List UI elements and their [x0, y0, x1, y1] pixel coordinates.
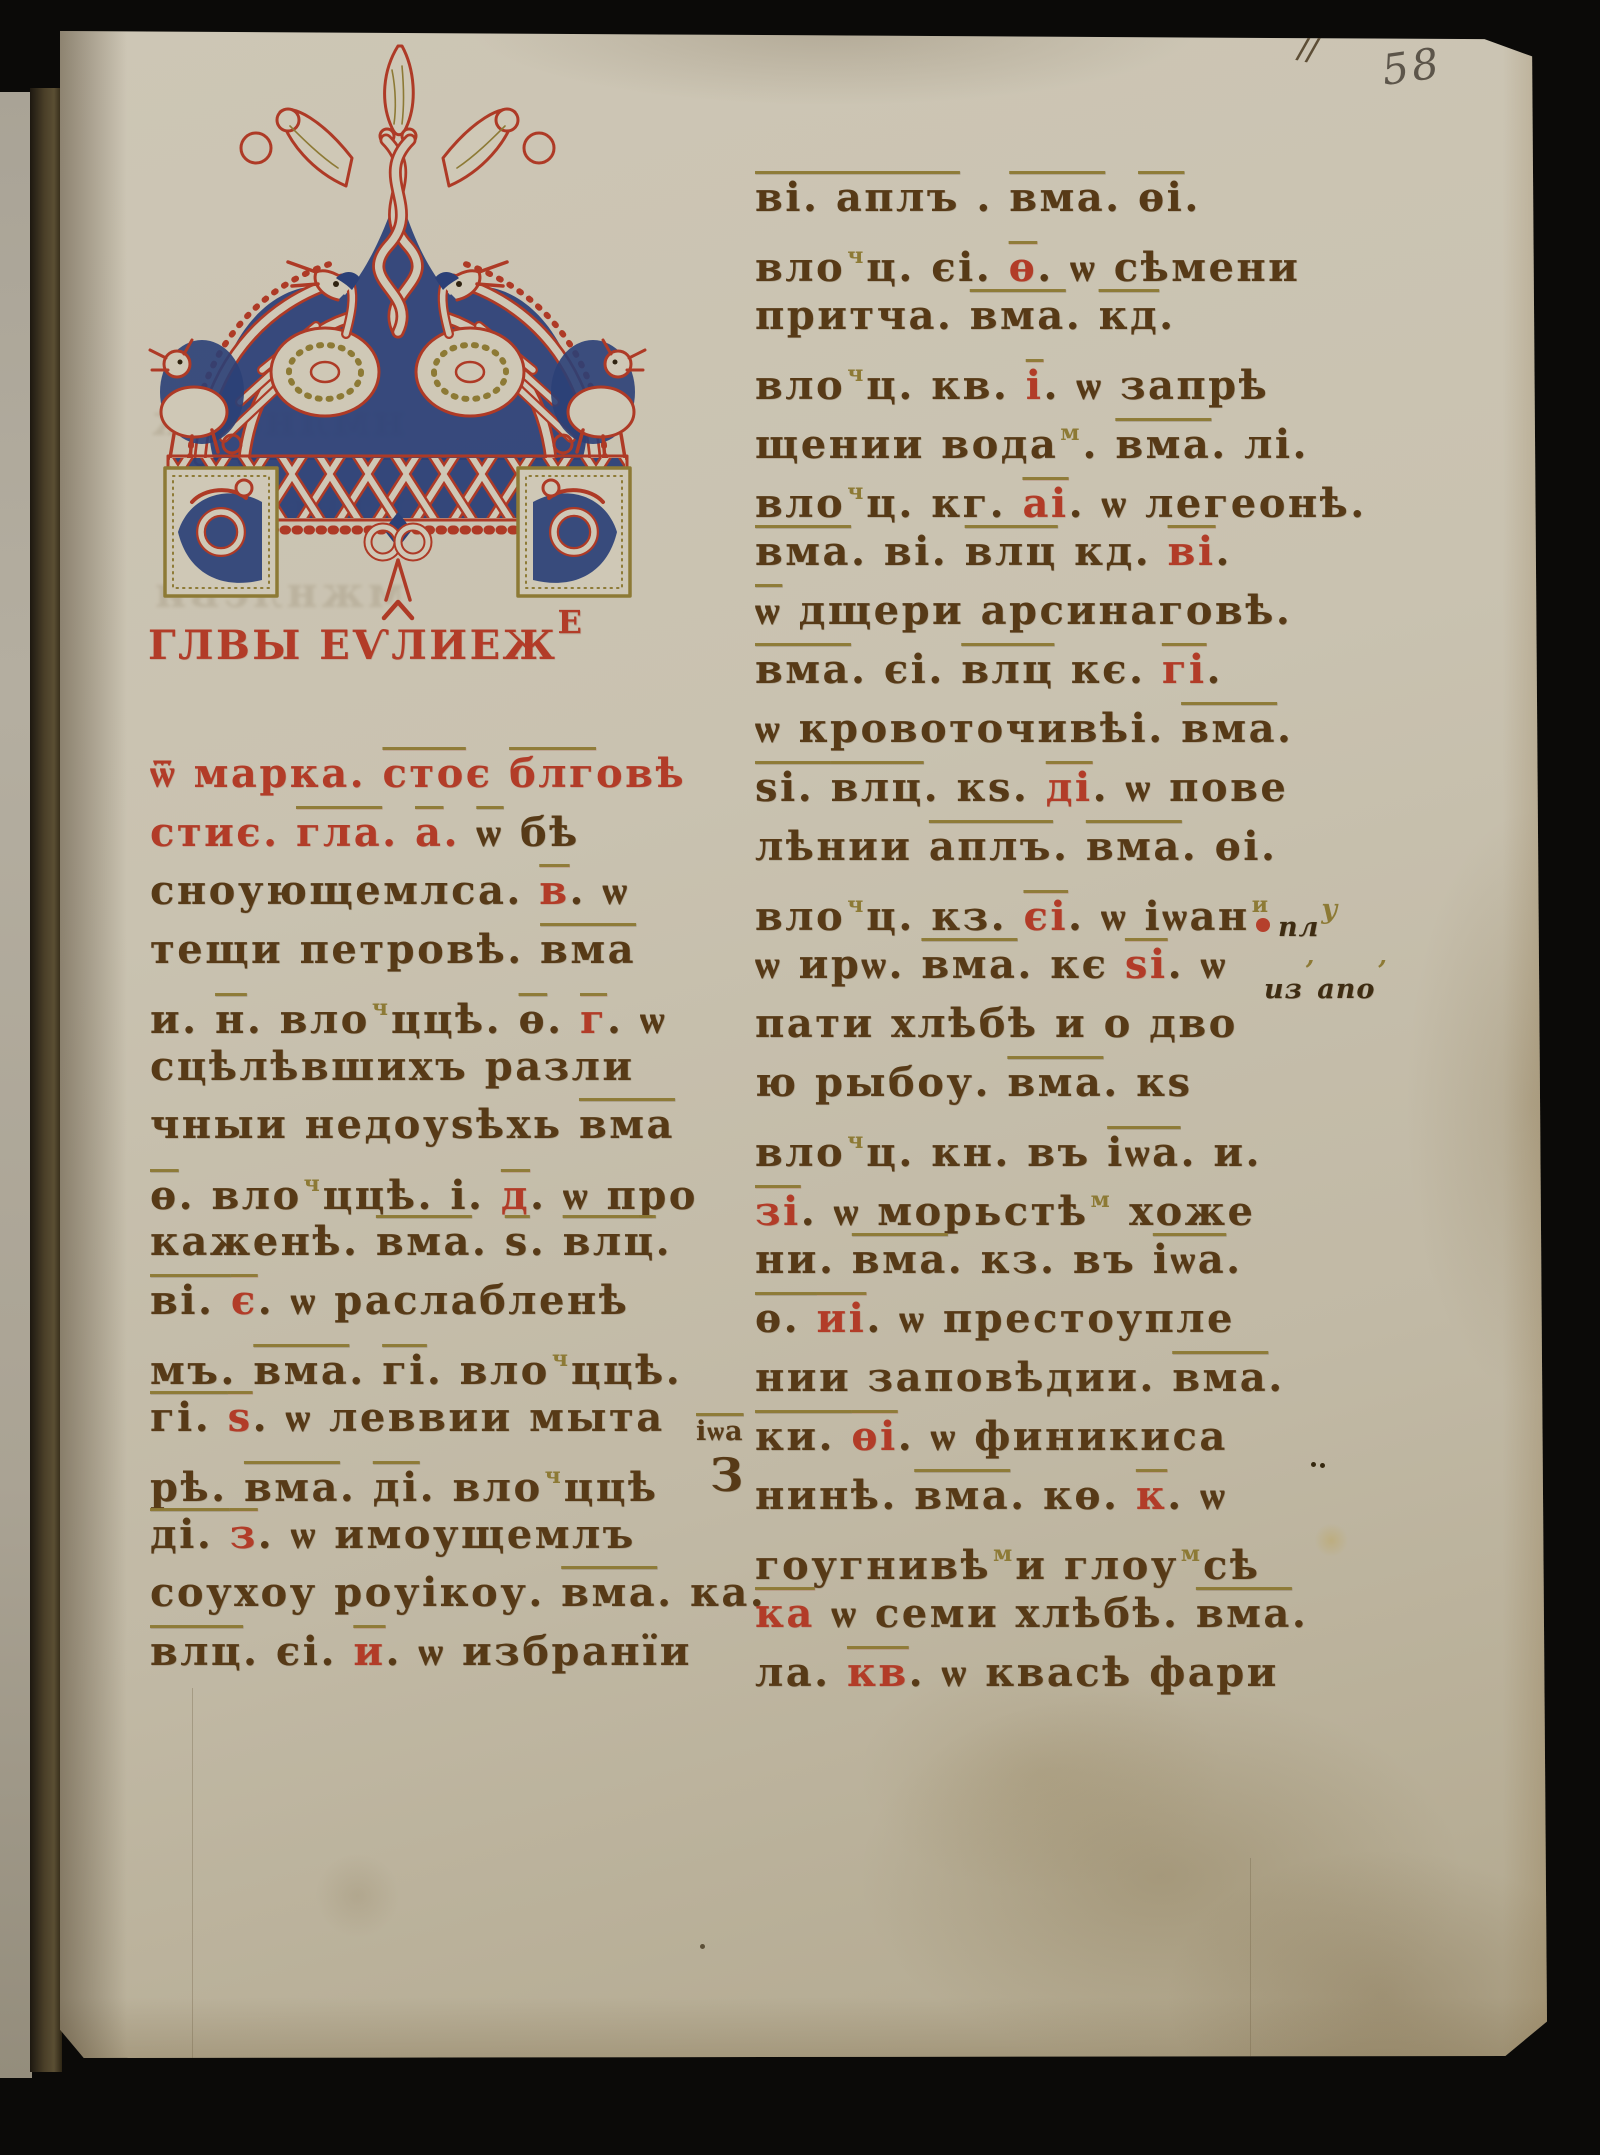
text-segment: хоже — [1113, 1188, 1256, 1235]
text-line: ві. є. ѡ раслабленѣ — [150, 1272, 766, 1331]
text-line: зі. ѡ морьстѣм хоже — [755, 1171, 1367, 1230]
text-segment: ві. — [150, 1277, 231, 1324]
text-segment: . ѡ имоущемлъ — [258, 1511, 636, 1558]
text-segment: . ѡ — [570, 867, 630, 914]
text-segment: вма — [914, 1472, 1010, 1519]
text-segment: ц. кв. — [866, 362, 1025, 409]
text-segment: соухоу роуікоу. — [150, 1569, 561, 1616]
column-right: ві. аплъ . вма. ѳі.влочц. єі. ѳ. ѡ сѣмен… — [755, 168, 1367, 1702]
margin-note-ioa: іѡа — [696, 1416, 743, 1447]
text-segment: вло — [755, 893, 845, 940]
text-segment: . ѡ — [1168, 941, 1228, 988]
margin-red-dot — [1256, 918, 1270, 932]
text-segment: вма — [1009, 174, 1105, 221]
text-segment: іѡа — [1153, 1236, 1226, 1283]
text-line: и. н. влочццѣ. ѳ. г. ѡ — [150, 979, 766, 1038]
text-segment: іѡа — [1107, 1129, 1180, 1176]
text-line: чныи недоуѕѣхь вма — [150, 1096, 766, 1155]
text-segment: ѿ марка. — [150, 750, 382, 797]
text-segment: м — [993, 1541, 1013, 1567]
text-segment: . — [349, 1347, 382, 1394]
text-segment: дщери арсинаговѣ. — [782, 587, 1292, 634]
text-segment: ѡ семи хлѣбѣ. — [815, 1590, 1196, 1637]
text-line: сцѣлѣвшихъ разли — [150, 1038, 766, 1097]
text-segment: ч — [545, 1463, 562, 1489]
text-segment: лѣнии — [755, 823, 929, 870]
text-segment: апо — [1317, 974, 1375, 1005]
text-segment: гла — [296, 809, 382, 856]
text-segment: . лі. — [1211, 421, 1309, 468]
text-segment: ц. кг. — [866, 480, 1022, 527]
text-segment: ч — [552, 1346, 569, 1372]
margin-note-z: З — [710, 1448, 744, 1502]
text-segment: м — [1091, 1187, 1111, 1213]
text-segment: вма — [755, 646, 851, 693]
text-segment: . ѡ легеонѣ. — [1069, 480, 1367, 527]
text-segment: . єі. — [851, 646, 961, 693]
text-line: рѣ. вма. ді. влочццѣ — [150, 1447, 766, 1506]
text-segment: Е — [558, 603, 585, 641]
text-segment: кд. — [1058, 528, 1168, 575]
text-segment: и — [353, 1628, 385, 1675]
text-line: влочц. кз. єі. ѡ іѡани — [755, 876, 1367, 935]
text-segment: ч — [847, 1128, 864, 1154]
text-line: тещи петровѣ. вма — [150, 921, 766, 980]
text-segment: н — [215, 996, 247, 1043]
text-segment: вма — [852, 1236, 948, 1283]
text-line: вма. єі. влц кє. гі. — [755, 640, 1367, 699]
text-segment: вма — [755, 528, 851, 575]
text-segment: ѡ — [755, 587, 782, 634]
text-segment: . ѡ запрѣ — [1043, 362, 1269, 409]
text-segment: пати хлѣбѣ и о дво — [755, 1000, 1238, 1047]
text-segment: кє. — [1054, 646, 1162, 693]
text-line: влочц. кв. і. ѡ запрѣ — [755, 345, 1367, 404]
text-segment: ц. кн. въ — [866, 1129, 1107, 1176]
text-segment: ч — [372, 995, 389, 1021]
text-line: ѳ. влочццѣ. і. д. ѡ про — [150, 1155, 766, 1214]
text-segment: . — [472, 1218, 505, 1265]
text-segment: ѕі — [1125, 941, 1168, 988]
text-line: сноующемлса. в. ѡ — [150, 862, 766, 921]
text-segment: тещи петровѣ. — [150, 926, 540, 973]
text-segment: гі — [382, 1347, 427, 1394]
text-segment: ѕі. — [755, 764, 831, 811]
text-segment: ді — [373, 1464, 420, 1511]
text-segment: . — [443, 809, 476, 856]
text-segment: . кѕ. — [924, 764, 1046, 811]
text-line: влц. єі. и. ѡ избранїи — [150, 1623, 766, 1682]
text-line: влочц. єі. ѳ. ѡ сѣмени — [755, 227, 1367, 286]
text-segment: ’ — [1305, 956, 1315, 987]
text-segment: гоугнивѣ — [755, 1542, 991, 1589]
text-segment: влц — [961, 646, 1054, 693]
text-line: ю рыбоу. вма. кѕ — [755, 1053, 1367, 1112]
text-segment: ка — [755, 1590, 815, 1637]
text-segment: ю рыбоу. — [755, 1059, 1007, 1106]
text-segment: ч — [847, 479, 864, 505]
text-segment: сноующемлса. — [150, 867, 539, 914]
text-segment: ѳі — [851, 1413, 897, 1460]
text-segment: и. — [150, 996, 215, 1043]
text-segment: ч — [847, 892, 864, 918]
text-segment: вло — [755, 1129, 845, 1176]
text-segment: зі — [755, 1188, 801, 1235]
text-segment: у — [1321, 894, 1338, 925]
text-segment: . — [1053, 823, 1086, 870]
text-segment: вма — [561, 1569, 657, 1616]
text-segment: стиє. — [150, 809, 296, 856]
text-line: ві. аплъ . вма. ѳі. — [755, 168, 1367, 227]
text-line: влочц. кг. аі. ѡ легеонѣ. — [755, 463, 1367, 522]
text-segment: ді — [1046, 764, 1093, 811]
text-segment: ццѣ — [564, 1464, 659, 1511]
text-line: ѡ кровоточивѣі. вма. — [755, 699, 1367, 758]
text-segment: . вло — [179, 1172, 302, 1219]
text-segment: нии заповѣдии. — [755, 1354, 1172, 1401]
text-segment: ла. — [755, 1649, 847, 1696]
text-line: щении водам. вма. лі. — [755, 404, 1367, 463]
text-segment: ццѣ. — [391, 996, 519, 1043]
text-segment: . — [1292, 1590, 1308, 1637]
folio-number: 58 — [1379, 38, 1445, 95]
text-segment: и — [1252, 892, 1269, 918]
text-segment: єі — [1023, 893, 1068, 940]
text-segment: притча. — [755, 292, 970, 339]
text-segment: . ѡ — [1167, 1472, 1227, 1519]
text-segment: . ѳі. — [1182, 823, 1278, 870]
text-segment: . — [382, 809, 415, 856]
text-segment: кд — [1099, 292, 1160, 339]
text-segment: З — [710, 1448, 744, 1502]
quire-mark: // — [1294, 26, 1321, 69]
text-segment: . — [656, 1218, 672, 1265]
text-segment: . — [530, 1218, 563, 1265]
text-segment: влц — [563, 1218, 656, 1265]
ink-speck — [1311, 1462, 1316, 1467]
text-segment: . — [1226, 1236, 1242, 1283]
text-segment: рѣ. — [150, 1464, 244, 1511]
text-segment: аі — [1022, 480, 1068, 527]
text-segment: . — [1268, 1354, 1284, 1401]
text-segment: сто — [382, 750, 465, 797]
text-segment: мъ. — [150, 1347, 253, 1394]
text-segment: . ві. — [851, 528, 965, 575]
column-left: ѿ марка. стоє блговѣстиє. гла. а. ѡ бѣсн… — [150, 745, 766, 1681]
text-segment: . ѡ сѣмени — [1037, 244, 1300, 291]
text-segment: вма — [1196, 1590, 1292, 1637]
text-segment: гі. — [150, 1394, 228, 1441]
text-segment: вма — [244, 1464, 340, 1511]
text-segment: ч — [847, 243, 864, 269]
text-segment: ц. єі. — [866, 244, 1008, 291]
text-segment: . кє — [1017, 941, 1125, 988]
text-segment: з — [230, 1511, 258, 1558]
text-segment: вма — [1181, 705, 1277, 752]
text-segment: . ка. — [657, 1569, 766, 1616]
text-segment: вма — [1115, 421, 1211, 468]
text-segment: блг — [509, 750, 596, 797]
text-segment: . ѡ морьстѣ — [801, 1188, 1089, 1235]
text-line: влочц. кн. въ іѡа. и. — [755, 1112, 1367, 1171]
text-segment: є — [231, 1277, 258, 1324]
text-segment: ѳ — [1009, 244, 1038, 291]
text-segment: . єі. — [243, 1628, 353, 1675]
text-segment: ѡ кровоточивѣі. — [755, 705, 1181, 752]
text-segment: нинѣ. — [755, 1472, 914, 1519]
text-segment: влц — [831, 764, 924, 811]
text-segment: сцѣлѣвшихъ разли — [150, 1043, 635, 1090]
text-segment: іѡа — [696, 1416, 743, 1447]
text-line: ѡ дщери арсинаговѣ. — [755, 581, 1367, 640]
text-segment: . кѳ. — [1010, 1472, 1136, 1519]
text-segment: . вло — [427, 1347, 550, 1394]
text-segment: . ѡ квасѣ фари — [909, 1649, 1279, 1696]
text-segment: ц. кз. — [866, 893, 1023, 940]
text-segment: ццѣ. і. — [323, 1172, 501, 1219]
text-segment: гі — [1162, 646, 1207, 693]
text-segment: . вло — [420, 1464, 543, 1511]
text-segment: . — [1159, 292, 1175, 339]
text-segment: влц — [965, 528, 1058, 575]
text-segment: и глоу — [1015, 1542, 1179, 1589]
parchment-crease — [192, 1688, 193, 2088]
text-line: ки. ѳі. ѡ финикиса — [755, 1407, 1367, 1466]
text-line: вма. ві. влц кд. ві. — [755, 522, 1367, 581]
text-segment: . ѡ іѡан — [1068, 893, 1250, 940]
text-segment: сѣ — [1203, 1542, 1260, 1589]
text-segment: . — [340, 1464, 373, 1511]
text-line: гі. ѕ. ѡ леввии мыта — [150, 1389, 766, 1448]
text-segment: і — [1026, 362, 1044, 409]
text-segment: . ѡ про — [530, 1172, 698, 1219]
text-segment: вло — [755, 244, 845, 291]
text-segment: вма — [540, 926, 636, 973]
photo-backdrop: 58 // нмлнаижвтнєлажмжнлєви — [0, 0, 1600, 2155]
text-segment: є — [466, 750, 509, 797]
text-segment: . вло — [247, 996, 370, 1043]
margin-note-plu: плу — [1278, 894, 1341, 943]
ink-speck — [700, 1944, 705, 1949]
text-segment: д — [501, 1172, 530, 1219]
text-segment: вма — [921, 941, 1017, 988]
text-segment: ѳ. — [755, 1295, 816, 1342]
headpiece-ornament — [140, 40, 655, 625]
text-line: мъ. вма. гі. влочццѣ. — [150, 1330, 766, 1389]
text-segment: . ѡ раслабленѣ — [258, 1277, 630, 1324]
text-segment: ѳ — [519, 996, 548, 1043]
text-segment: ’ — [1377, 956, 1387, 987]
text-segment: овѣ — [596, 750, 686, 797]
text-line: гоугнивѣми глоумсѣ — [755, 1525, 1367, 1584]
text-segment: бѣ — [504, 809, 580, 856]
text-segment: ві — [1168, 528, 1216, 575]
text-line: ѳ. иі. ѡ престоупле — [755, 1289, 1367, 1348]
text-segment: ді. — [150, 1511, 230, 1558]
text-segment: аплъ — [929, 823, 1053, 870]
text-segment: вма — [1172, 1354, 1268, 1401]
text-line: ла. кв. ѡ квасѣ фари — [755, 1643, 1367, 1702]
text-segment: ццѣ. — [571, 1347, 682, 1394]
text-segment: ни. — [755, 1236, 852, 1283]
text-segment: . — [547, 996, 580, 1043]
text-line: ни. вма. кз. въ іѡа. — [755, 1230, 1367, 1289]
text-segment: ѡ ирѡ. — [755, 941, 921, 988]
manuscript-page: 58 // нмлнаижвтнєлажмжнлєви — [60, 28, 1547, 2058]
interlace-dragons-icon — [140, 40, 655, 625]
text-segment: м — [1060, 420, 1080, 446]
text-line: ѕі. влц. кѕ. ді. ѡ пове — [755, 758, 1367, 817]
text-segment: . — [1066, 292, 1099, 339]
text-segment: влц — [150, 1628, 243, 1675]
text-segment: ч — [304, 1171, 321, 1197]
text-segment: . ѡ пове — [1093, 764, 1289, 811]
parchment-crease — [1250, 1858, 1251, 2080]
text-segment: вма — [253, 1347, 349, 1394]
text-segment: щении вода — [755, 421, 1058, 468]
text-segment: ѳ — [150, 1172, 179, 1219]
title-line: ГЛВЫ ЕѴЛИЕЖЕ — [148, 600, 584, 675]
text-line: ѿ марка. стоє блговѣ — [150, 745, 766, 804]
text-segment: вма — [970, 292, 1066, 339]
text-segment: . и. — [1180, 1129, 1261, 1176]
text-segment: каженѣ. — [150, 1218, 376, 1265]
text-segment: г — [580, 996, 607, 1043]
previous-folio-edge — [0, 92, 32, 2078]
text-segment: . ѡ избранїи — [385, 1628, 691, 1675]
margin-note-izapo: из’апо’ — [1264, 956, 1390, 1005]
text-segment: . кѕ — [1103, 1059, 1192, 1106]
text-segment: . — [1105, 174, 1138, 221]
text-segment: вма — [376, 1218, 472, 1265]
text-segment: м — [1181, 1541, 1201, 1567]
text-segment: чныи недоуѕѣхь — [150, 1101, 579, 1148]
text-segment: вло — [755, 480, 845, 527]
text-segment: вма — [1007, 1059, 1103, 1106]
text-segment: . — [1277, 705, 1293, 752]
text-segment: ѳі — [1138, 174, 1184, 221]
text-segment: ѡ — [476, 809, 503, 856]
text-segment: ві. аплъ — [755, 174, 960, 221]
text-line: каженѣ. вма. ѕ. влц. — [150, 1213, 766, 1272]
text-line: притча. вма. кд. — [755, 286, 1367, 345]
text-segment: пл — [1278, 912, 1319, 943]
text-segment: вма — [579, 1101, 675, 1148]
text-segment: ГЛВЫ ЕѴЛИЕЖ — [148, 622, 558, 669]
text-segment: вло — [755, 362, 845, 409]
text-segment: . кз. въ — [948, 1236, 1153, 1283]
text-segment: в — [539, 867, 569, 914]
text-line: нии заповѣдии. вма. — [755, 1348, 1367, 1407]
text-segment: . — [1216, 528, 1232, 575]
text-segment: . ѡ престоупле — [866, 1295, 1235, 1342]
text-segment: ч — [847, 361, 864, 387]
text-segment: . ѡ финикиса — [898, 1413, 1228, 1460]
text-segment: ѕ — [505, 1218, 530, 1265]
text-line: ка ѡ семи хлѣбѣ. вма. — [755, 1584, 1367, 1643]
text-line: лѣнии аплъ. вма. ѳі. — [755, 817, 1367, 876]
text-line: ді. з. ѡ имоущемлъ — [150, 1506, 766, 1565]
text-segment: кв — [847, 1649, 909, 1696]
text-segment: а — [415, 809, 443, 856]
text-segment: . — [1082, 421, 1115, 468]
text-segment: ки. — [755, 1413, 851, 1460]
text-segment: к — [1136, 1472, 1167, 1519]
text-line: нинѣ. вма. кѳ. к. ѡ — [755, 1466, 1367, 1525]
text-segment: ѕ — [228, 1394, 253, 1441]
text-segment: . ѡ леввии мыта — [253, 1394, 665, 1441]
text-segment: . — [960, 174, 1009, 221]
text-segment: . — [1184, 174, 1200, 221]
text-line: соухоу роуікоу. вма. ка. — [150, 1564, 766, 1623]
text-segment: . ѡ — [607, 996, 667, 1043]
text-line: стиє. гла. а. ѡ бѣ — [150, 804, 766, 863]
text-segment: . — [1207, 646, 1223, 693]
text-segment: из — [1264, 974, 1303, 1005]
text-segment: вма — [1086, 823, 1182, 870]
book-gutter — [30, 88, 62, 2072]
text-segment: иі — [816, 1295, 866, 1342]
